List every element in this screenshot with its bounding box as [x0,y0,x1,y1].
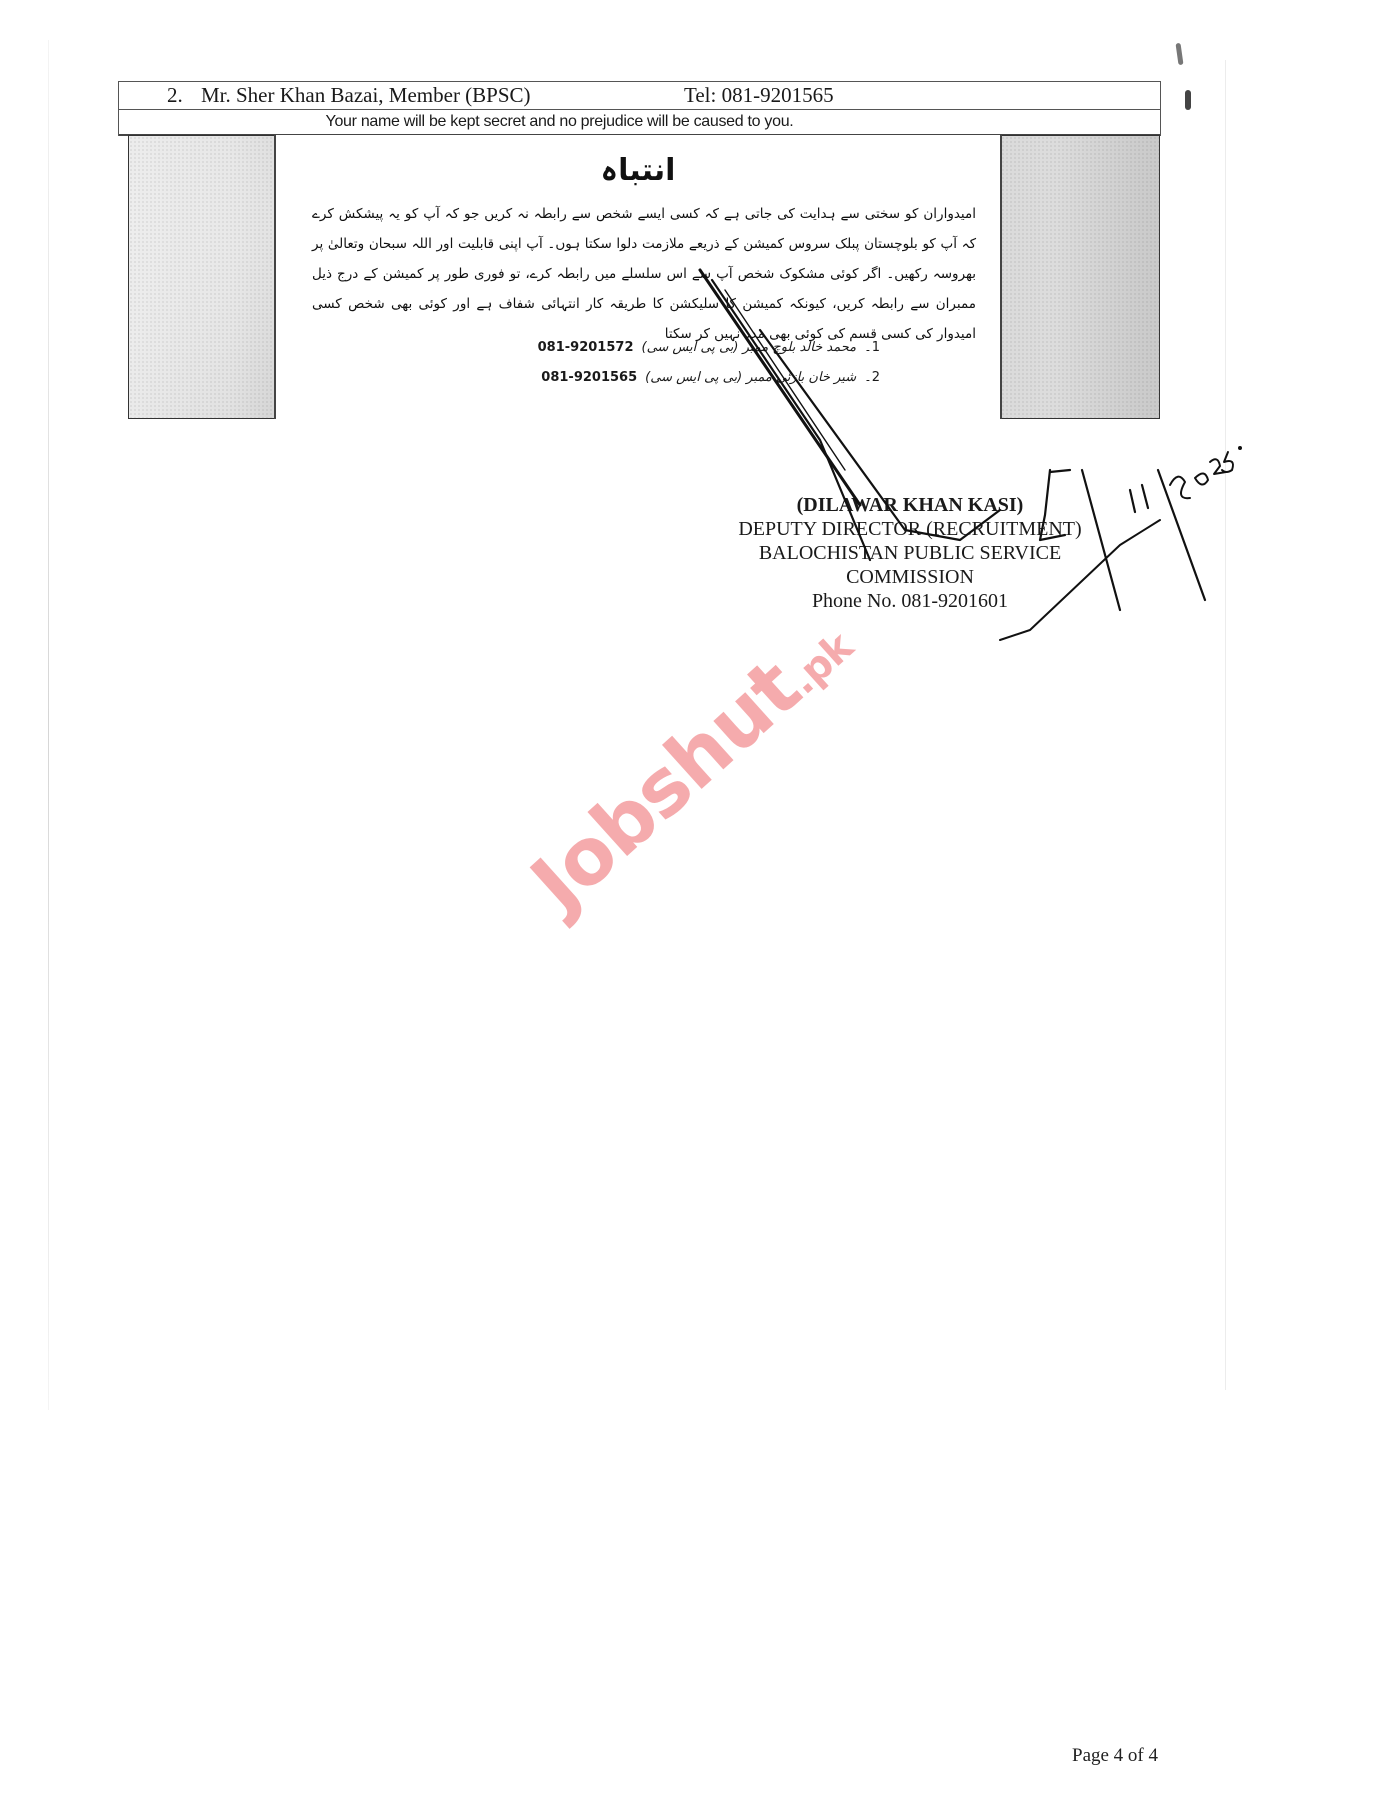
signatory-name: (DILAWAR KHAN KASI) [700,493,1120,517]
page-edge [1225,60,1226,1390]
contact-marker: 1۔ [864,333,880,363]
organization-line: BALOCHISTAN PUBLIC SERVICE [700,541,1120,565]
page-edge [48,40,49,1410]
warning-notice: انتباہ امیدواران کو سختی سے ہدایت کی جات… [274,135,1002,419]
member-name: Mr. Sher Khan Bazai, Member (BPSC) [201,82,531,109]
secrecy-note-row: Your name will be kept secret and no pre… [119,110,1160,136]
binder-mark [1175,43,1183,65]
signature-block: (DILAWAR KHAN KASI) DEPUTY DIRECTOR (REC… [700,493,1120,613]
contact-name: محمد خالد بلوچ ممبر (بی پی ایس سی) [642,333,857,363]
notice-contact-item: 1۔ محمد خالد بلوچ ممبر (بی پی ایس سی) 08… [538,333,880,363]
binder-mark [1185,90,1191,110]
notice-contacts: 1۔ محمد خالد بلوچ ممبر (بی پی ایس سی) 08… [538,333,880,393]
member-tel: Tel: 081-9201565 [684,82,834,109]
member-number: 2. [167,82,183,109]
contact-marker: 2۔ [864,363,880,393]
contact-name: شیر خان بازئی ممبر (بی پی ایس سی) [645,363,856,393]
notice-title: انتباہ [276,153,1000,188]
contact-phone: 081-9201565 [541,363,637,393]
notice-contact-item: 2۔ شیر خان بازئی ممبر (بی پی ایس سی) 081… [538,363,880,393]
signatory-phone: Phone No. 081-9201601 [700,589,1120,613]
contact-phone: 081-9201572 [538,333,634,363]
watermark: Jobshut.pk [515,598,868,928]
page-number: Page 4 of 4 [1072,1745,1158,1767]
contact-table: 2. Mr. Sher Khan Bazai, Member (BPSC) Te… [118,81,1161,136]
signatory-designation: DEPUTY DIRECTOR (RECRUITMENT) [700,517,1120,541]
organization-line: COMMISSION [700,565,1120,589]
watermark-text: Jobshut [515,643,818,928]
member-row: 2. Mr. Sher Khan Bazai, Member (BPSC) Te… [119,82,1160,110]
notice-body: امیدواران کو سختی سے ہدایت کی جاتی ہے کہ… [312,199,976,349]
secrecy-note: Your name will be kept secret and no pre… [326,113,794,130]
warning-notice-frame: انتباہ امیدواران کو سختی سے ہدایت کی جات… [128,135,1160,419]
